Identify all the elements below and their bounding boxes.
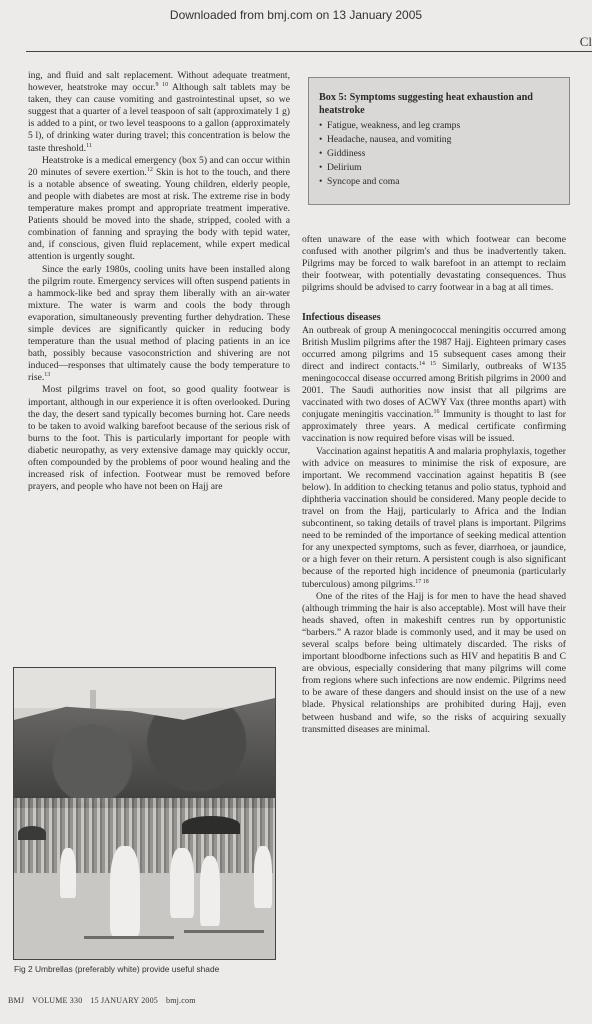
download-note: Downloaded from bmj.com on 13 January 20… — [0, 8, 592, 22]
list-item: Fatigue, weakness, and leg cramps — [319, 119, 561, 133]
paragraph: An outbreak of group A meningococcal men… — [302, 325, 566, 446]
symptom-list: Fatigue, weakness, and leg cramps Headac… — [319, 119, 561, 189]
photo-tower — [90, 690, 96, 708]
photo-sky — [14, 668, 275, 708]
pilgrim-figure — [110, 846, 140, 936]
figure-photo — [13, 667, 276, 960]
left-column: ing, and fluid and salt replacement. Wit… — [28, 70, 290, 493]
photo-shadow — [84, 936, 174, 939]
photo-hill — [14, 698, 275, 808]
photo-crowd — [14, 798, 275, 878]
paragraph: Since the early 1980s, cooling units hav… — [28, 264, 290, 385]
list-item: Giddiness — [319, 147, 561, 161]
paragraph: ing, and fluid and salt replacement. Wit… — [28, 70, 290, 155]
pilgrim-figure — [254, 846, 272, 908]
box-title: Box 5: Symptoms suggesting heat exhausti… — [319, 92, 561, 117]
pilgrim-figure — [170, 848, 194, 918]
section-heading: Infectious diseases — [302, 312, 566, 324]
site-link[interactable]: bmj.com — [166, 996, 196, 1005]
list-item: Syncope and coma — [319, 175, 561, 189]
pilgrim-figure — [60, 848, 76, 898]
paragraph: often unaware of the ease with which foo… — [302, 234, 566, 294]
photo-ground — [14, 873, 275, 960]
list-item: Headache, nausea, and vomiting — [319, 133, 561, 147]
umbrella-icon — [18, 826, 46, 840]
right-column: often unaware of the ease with which foo… — [302, 234, 566, 736]
volume: VOLUME 330 — [32, 996, 82, 1005]
photo-shadow — [184, 930, 264, 933]
list-item: Delirium — [319, 161, 561, 175]
corner-mark: Cl — [580, 34, 592, 50]
page-footer: BMJVOLUME 33015 JANUARY 2005bmj.com — [8, 996, 204, 1005]
figure-caption: Fig 2 Umbrellas (preferably white) provi… — [14, 964, 219, 974]
umbrella-icon — [182, 816, 240, 834]
paragraph: One of the rites of the Hajj is for men … — [302, 591, 566, 736]
paragraph: Most pilgrims travel on foot, so good qu… — [28, 384, 290, 493]
paragraph: Vaccination against hepatitis A and mala… — [302, 446, 566, 591]
journal-name: BMJ — [8, 996, 24, 1005]
paragraph: Heatstroke is a medical emergency (box 5… — [28, 155, 290, 264]
header-rule — [26, 51, 592, 52]
pilgrim-figure — [200, 856, 220, 926]
box-5-symptoms: Box 5: Symptoms suggesting heat exhausti… — [308, 77, 570, 205]
issue-date: 15 JANUARY 2005 — [90, 996, 158, 1005]
